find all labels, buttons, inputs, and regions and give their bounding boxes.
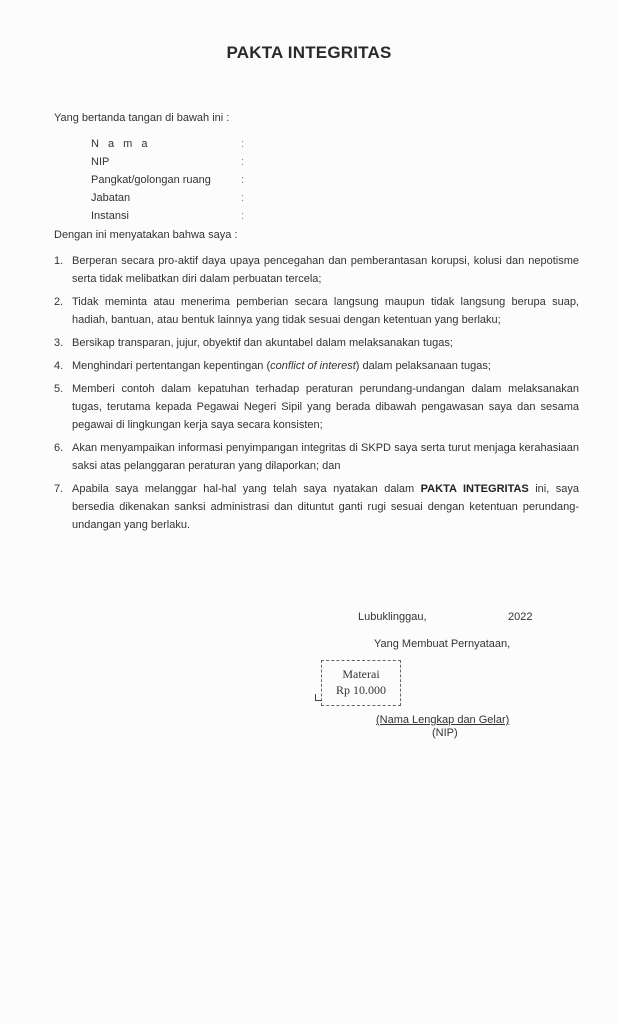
document-title: PAKTA INTEGRITAS	[0, 43, 618, 63]
field-pangkat: Pangkat/golongan ruang :	[91, 171, 241, 189]
item-number: 2.	[54, 293, 63, 311]
field-label: Pangkat/golongan ruang	[91, 171, 241, 189]
intro-text: Yang bertanda tangan di bawah ini :	[54, 112, 229, 124]
item-text-before: Menghindari pertentangan kepentingan (	[72, 360, 270, 372]
field-nip: NIP :	[91, 153, 241, 171]
item-text: Akan menyampaikan informasi penyimpangan…	[72, 442, 579, 472]
item-number: 6.	[54, 439, 63, 457]
field-label: NIP	[91, 153, 241, 171]
field-colon: :	[241, 153, 244, 171]
item-text-bold: PAKTA INTEGRITAS	[421, 483, 529, 495]
item-text-after: ) dalam pelaksanaan tugas;	[356, 360, 491, 372]
item-number: 5.	[54, 380, 63, 398]
identity-fields: N a m a : NIP : Pangkat/golongan ruang :…	[91, 135, 241, 225]
list-item: 7. Apabila saya melanggar hal-hal yang t…	[54, 480, 579, 534]
item-text: Memberi contoh dalam kepatuhan terhadap …	[72, 383, 579, 431]
field-label: Instansi	[91, 207, 241, 225]
item-text: Bersikap transparan, jujur, obyektif dan…	[72, 337, 453, 349]
item-number: 7.	[54, 480, 63, 498]
field-colon: :	[241, 135, 244, 153]
signature-place: Lubuklinggau,	[358, 611, 427, 623]
stamp-value: Rp 10.000	[322, 682, 400, 698]
field-instansi: Instansi :	[91, 207, 241, 225]
stamp-box: Materai Rp 10.000	[321, 660, 401, 706]
item-text: Berperan secara pro-aktif daya upaya pen…	[72, 255, 579, 285]
item-text-italic: conflict of interest	[270, 360, 356, 372]
declaration-list: 1. Berperan secara pro-aktif daya upaya …	[54, 252, 579, 539]
item-number: 4.	[54, 357, 63, 375]
list-item: 2. Tidak meminta atau menerima pemberian…	[54, 293, 579, 329]
field-colon: :	[241, 171, 244, 189]
signatory-nip-placeholder: (NIP)	[432, 727, 458, 739]
stamp-label: Materai	[322, 666, 400, 682]
field-colon: :	[241, 189, 244, 207]
document-page: PAKTA INTEGRITAS Yang bertanda tangan di…	[0, 0, 618, 1024]
item-number: 3.	[54, 334, 63, 352]
signatory-name-placeholder: (Nama Lengkap dan Gelar)	[376, 714, 509, 726]
item-text: Tidak meminta atau menerima pemberian se…	[72, 296, 579, 326]
field-nama: N a m a :	[91, 135, 241, 153]
item-text-before: Apabila saya melanggar hal-hal yang tela…	[72, 483, 421, 495]
declaration-text: Dengan ini menyatakan bahwa saya :	[54, 229, 237, 241]
list-item: 1. Berperan secara pro-aktif daya upaya …	[54, 252, 579, 288]
list-item: 6. Akan menyampaikan informasi penyimpan…	[54, 439, 579, 475]
signature-role: Yang Membuat Pernyataan,	[374, 638, 510, 650]
field-label: Jabatan	[91, 189, 241, 207]
field-colon: :	[241, 207, 244, 225]
list-item: 5. Memberi contoh dalam kepatuhan terhad…	[54, 380, 579, 434]
signature-year: 2022	[508, 611, 532, 623]
item-number: 1.	[54, 252, 63, 270]
list-item: 4. Menghindari pertentangan kepentingan …	[54, 357, 579, 375]
field-jabatan: Jabatan :	[91, 189, 241, 207]
field-label: N a m a	[91, 135, 241, 153]
list-item: 3. Bersikap transparan, jujur, obyektif …	[54, 334, 579, 352]
